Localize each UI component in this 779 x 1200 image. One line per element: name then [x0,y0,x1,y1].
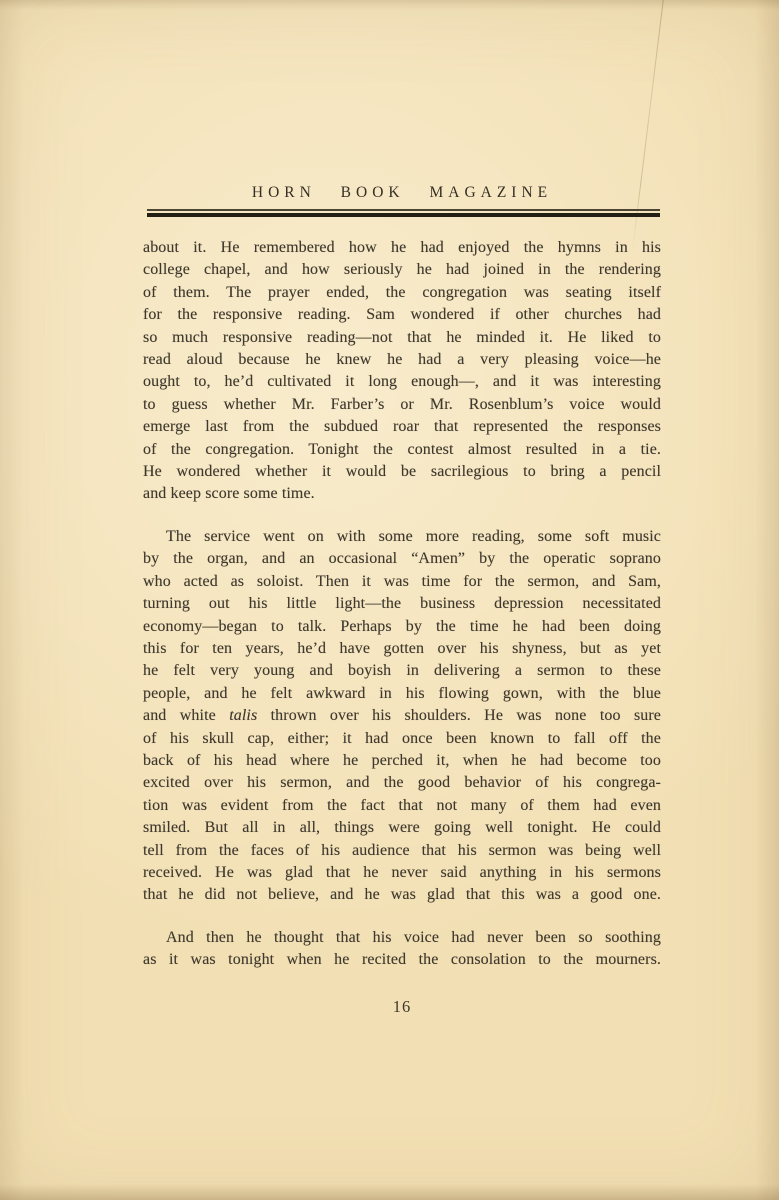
text-line: of them. The prayer ended, the congregat… [143,282,661,304]
text-line: by the organ, and an occasional “Amen” b… [143,548,661,570]
text-line: that he did not believe, and he was glad… [143,884,661,906]
text-line: college chapel, and how seriously he had… [143,259,661,281]
text-line: He wondered whether it would be sacrileg… [143,461,661,483]
header-rule-thin [147,209,660,211]
text-line: tell from the faces of his audience that… [143,840,661,862]
text-line: of his skull cap, either; it had once be… [143,728,661,750]
text-line: economy—began to talk. Perhaps by the ti… [143,616,661,638]
scanned-page: HORN BOOK MAGAZINE about it. He remember… [0,0,779,1200]
text-line: for the responsive reading. Sam wondered… [143,304,661,326]
text-line: so much responsive reading—not that he m… [143,327,661,349]
text-line: to guess whether Mr. Farber’s or Mr. Ros… [143,394,661,416]
running-head: HORN BOOK MAGAZINE [143,184,661,202]
paragraph: And then he thought that his voice had n… [143,927,661,972]
text-line: excited over his sermon, and the good be… [143,772,661,794]
text-line: ought to, he’d cultivated it long enough… [143,371,661,393]
text-line: received. He was glad that he never said… [143,862,661,884]
header-rule-thick [147,213,660,217]
text-line: this for ten years, he’d have gotten ove… [143,638,661,660]
text-line: smiled. But all in all, things were goin… [143,817,661,839]
text-line: and white talis thrown over his shoulder… [143,705,661,727]
text-line: and keep score some time. [143,483,661,505]
text-line: And then he thought that his voice had n… [143,927,661,949]
page-number: 16 [143,997,661,1017]
text-line: The service went on with some more readi… [143,526,661,548]
text-line: read aloud because he knew he had a very… [143,349,661,371]
text-line: who acted as soloist. Then it was time f… [143,571,661,593]
paragraph: The service went on with some more readi… [143,526,661,907]
text-line: he felt very young and boyish in deliver… [143,660,661,682]
text-line: of the congregation. Tonight the contest… [143,439,661,461]
text-line: turning out his little light—the busines… [143,593,661,615]
text-line: tion was evident from the fact that not … [143,795,661,817]
text-line: back of his head where he perched it, wh… [143,750,661,772]
text-line: as it was tonight when he recited the co… [143,949,661,971]
text-line: people, and he felt awkward in his flowi… [143,683,661,705]
page-body: about it. He remembered how he had enjoy… [143,237,661,972]
text-column: HORN BOOK MAGAZINE about it. He remember… [143,0,661,1200]
text-line: about it. He remembered how he had enjoy… [143,237,661,259]
text-line: emerge last from the subdued roar that r… [143,416,661,438]
paragraph: about it. He remembered how he had enjoy… [143,237,661,506]
